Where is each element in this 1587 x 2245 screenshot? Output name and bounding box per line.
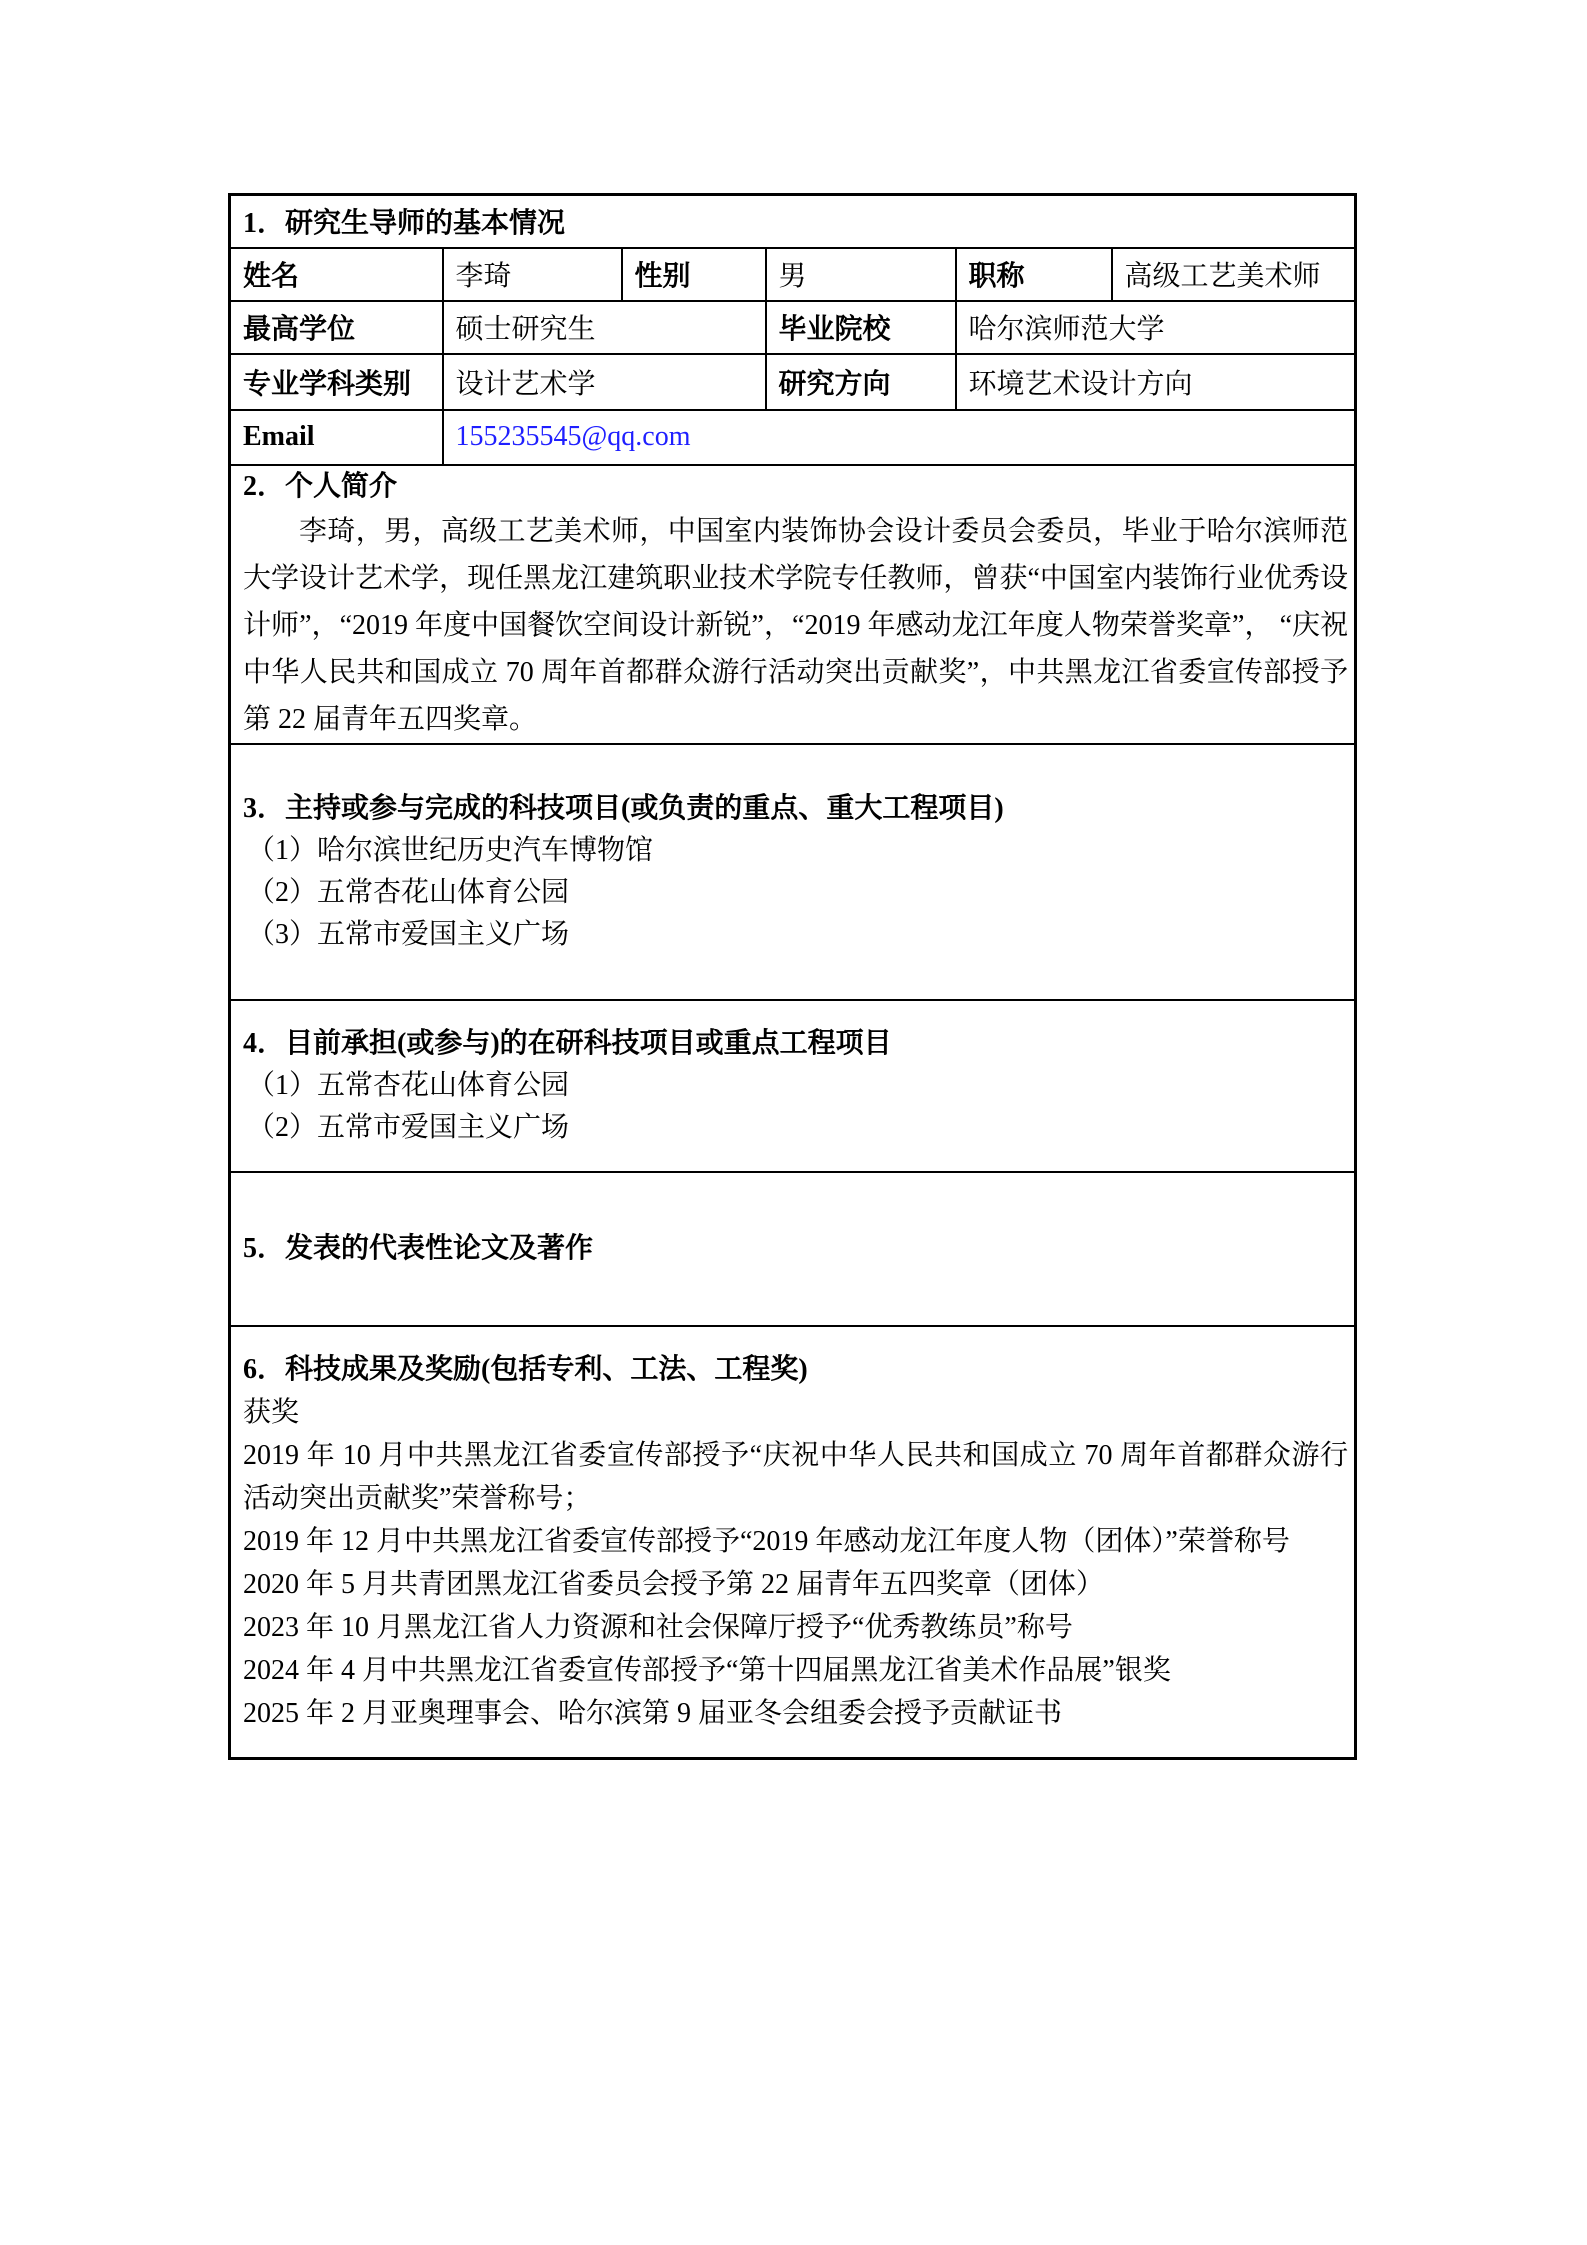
- job-title-label: 职称: [956, 248, 1112, 301]
- section1-title: 1．研究生导师的基本情况: [230, 195, 1356, 248]
- award-item-6: 2025 年 2 月亚奥理事会、哈尔滨第 9 届亚冬会组委会授予贡献证书: [243, 1692, 1348, 1735]
- award-item-2: 2019 年 12 月中共黑龙江省委宣传部授予“2019 年感动龙江年度人物（团…: [243, 1520, 1348, 1563]
- section1-header-row: 1．研究生导师的基本情况: [230, 195, 1356, 248]
- document-page: 1．研究生导师的基本情况 姓名 李琦 性别 男 职称 高级工艺美术师 最高学位 …: [0, 0, 1587, 2245]
- award-item-1: 2019 年 10 月中共黑龙江省委宣传部授予“庆祝中华人民共和国成立 70 周…: [243, 1434, 1348, 1520]
- advisor-form-table: 1．研究生导师的基本情况 姓名 李琦 性别 男 职称 高级工艺美术师 最高学位 …: [228, 193, 1357, 1760]
- profile-section: 2．个人简介 李琦，男，高级工艺美术师，中国室内装饰协会设计委员会委员，毕业于哈…: [230, 465, 1356, 744]
- section4-title: 4．目前承担(或参与)的在研科技项目或重点工程项目: [243, 1023, 1348, 1065]
- profile-section-row: 2．个人简介 李琦，男，高级工艺美术师，中国室内装饰协会设计委员会委员，毕业于哈…: [230, 465, 1356, 744]
- degree-value: 硕士研究生: [443, 301, 766, 354]
- publications-section-row: 5．发表的代表性论文及著作: [230, 1172, 1356, 1326]
- section2-title: 2．个人简介: [243, 466, 1348, 508]
- section3-title: 3．主持或参与完成的科技项目(或负责的重点、重大工程项目): [243, 788, 1348, 830]
- gender-value: 男: [766, 248, 956, 301]
- school-label: 毕业院校: [766, 301, 956, 354]
- publications-section: 5．发表的代表性论文及著作: [230, 1172, 1356, 1326]
- degree-school-row: 最高学位 硕士研究生 毕业院校 哈尔滨师范大学: [230, 301, 1356, 354]
- section5-title: 5．发表的代表性论文及著作: [243, 1228, 1348, 1270]
- achievements-section-row: 6．科技成果及奖励(包括专利、工法、工程奖) 获奖 2019 年 10 月中共黑…: [230, 1326, 1356, 1759]
- current-project-item-1: （1）五常杏花山体育公园: [243, 1065, 1348, 1107]
- name-value: 李琦: [443, 248, 622, 301]
- research-direction-label: 研究方向: [766, 354, 956, 410]
- discipline-value: 设计艺术学: [443, 354, 766, 410]
- award-item-4: 2023 年 10 月黑龙江省人力资源和社会保障厅授予“优秀教练员”称号: [243, 1606, 1348, 1649]
- completed-projects-section: 3．主持或参与完成的科技项目(或负责的重点、重大工程项目) （1）哈尔滨世纪历史…: [230, 744, 1356, 1000]
- degree-label: 最高学位: [230, 301, 443, 354]
- gender-label: 性别: [622, 248, 766, 301]
- research-direction-value: 环境艺术设计方向: [956, 354, 1356, 410]
- award-item-3: 2020 年 5 月共青团黑龙江省委员会授予第 22 届青年五四奖章（团体）: [243, 1563, 1348, 1606]
- completed-project-item-3: （3）五常市爱国主义广场: [243, 914, 1348, 956]
- section6-title: 6．科技成果及奖励(包括专利、工法、工程奖): [243, 1349, 1348, 1391]
- email-label: Email: [230, 410, 443, 465]
- discipline-label: 专业学科类别: [230, 354, 443, 410]
- completed-projects-section-row: 3．主持或参与完成的科技项目(或负责的重点、重大工程项目) （1）哈尔滨世纪历史…: [230, 744, 1356, 1000]
- job-title-value: 高级工艺美术师: [1112, 248, 1356, 301]
- completed-project-item-2: （2）五常杏花山体育公园: [243, 872, 1348, 914]
- awards-intro: 获奖: [243, 1391, 1348, 1434]
- name-label: 姓名: [230, 248, 443, 301]
- award-item-5: 2024 年 4 月中共黑龙江省委宣传部授予“第十四届黑龙江省美术作品展”银奖: [243, 1649, 1348, 1692]
- profile-paragraph: 李琦，男，高级工艺美术师，中国室内装饰协会设计委员会委员，毕业于哈尔滨师范大学设…: [243, 508, 1348, 743]
- current-projects-section-row: 4．目前承担(或参与)的在研科技项目或重点工程项目 （1）五常杏花山体育公园 （…: [230, 1000, 1356, 1172]
- achievements-section: 6．科技成果及奖励(包括专利、工法、工程奖) 获奖 2019 年 10 月中共黑…: [230, 1326, 1356, 1759]
- name-gender-title-row: 姓名 李琦 性别 男 职称 高级工艺美术师: [230, 248, 1356, 301]
- school-value: 哈尔滨师范大学: [956, 301, 1356, 354]
- email-value[interactable]: 155235545@qq.com: [443, 410, 1356, 465]
- current-project-item-2: （2）五常市爱国主义广场: [243, 1107, 1348, 1149]
- email-row: Email 155235545@qq.com: [230, 410, 1356, 465]
- current-projects-section: 4．目前承担(或参与)的在研科技项目或重点工程项目 （1）五常杏花山体育公园 （…: [230, 1000, 1356, 1172]
- discipline-direction-row: 专业学科类别 设计艺术学 研究方向 环境艺术设计方向: [230, 354, 1356, 410]
- completed-project-item-1: （1）哈尔滨世纪历史汽车博物馆: [243, 830, 1348, 872]
